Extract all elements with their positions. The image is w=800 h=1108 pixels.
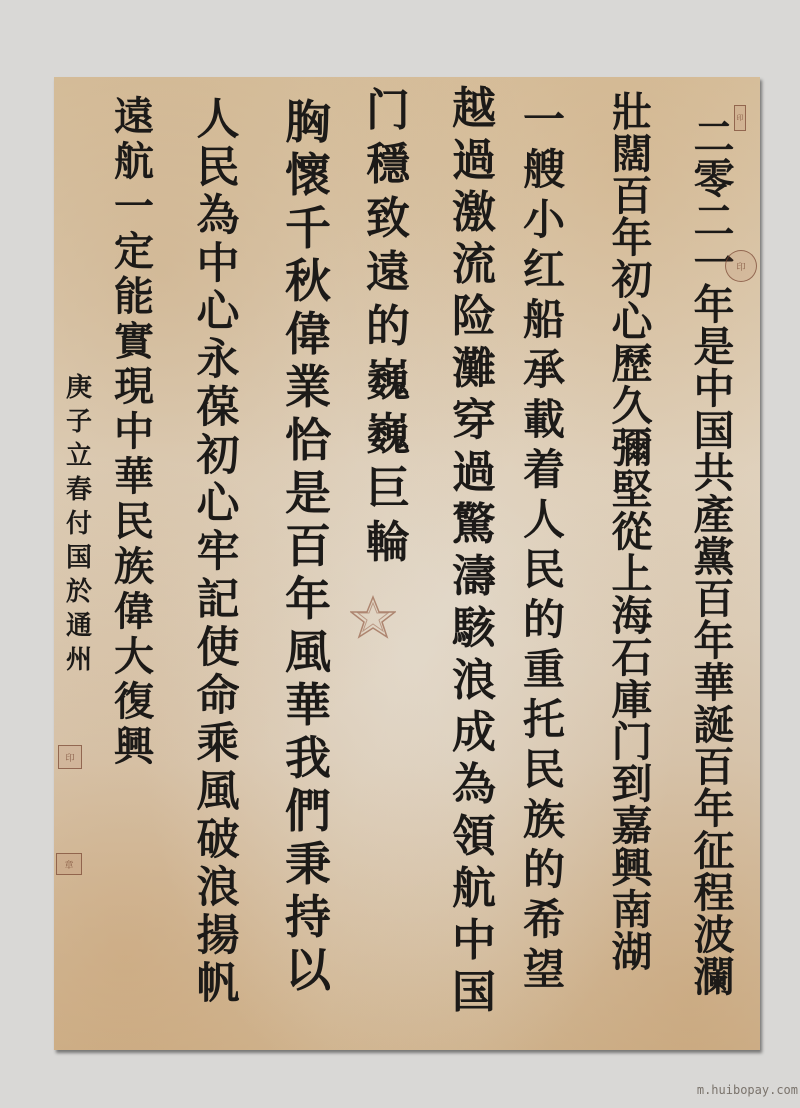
calligraphy-character: 门: [366, 89, 410, 133]
calligraphy-character: 久: [612, 386, 653, 427]
calligraphy-character: 乘: [197, 723, 240, 766]
calligraphy-character: 秋: [285, 258, 331, 304]
calligraphy-character: 業: [285, 364, 331, 410]
calligraphy-character: 是: [694, 327, 735, 368]
calligraphy-character: 成: [452, 711, 496, 755]
calligraphy-character: 中: [452, 919, 496, 963]
calligraphy-character: 艘: [523, 149, 565, 191]
calligraphy-character: 過: [452, 451, 496, 495]
calligraphy-character: 興: [114, 727, 154, 767]
calligraphy-character: 華: [285, 682, 331, 728]
calligraphy-character: 為: [197, 195, 240, 238]
calligraphy-character: 興: [612, 848, 653, 889]
calligraphy-column-2: 壯闊百年初心歷久彌堅從上海石庫门到嘉興南湖: [600, 92, 664, 974]
calligraphy-character: 航: [452, 867, 496, 911]
calligraphy-character: 恰: [285, 417, 331, 463]
calligraphy-character: 華: [114, 457, 154, 497]
seal-round-right: 印: [725, 250, 757, 282]
calligraphy-character: 湖: [612, 932, 653, 973]
calligraphy-character: 定: [114, 232, 154, 272]
seal-top-right: 印: [734, 105, 746, 131]
calligraphy-character: 一: [114, 187, 154, 227]
calligraphy-character: 庚: [66, 375, 92, 401]
calligraphy-character: 望: [523, 949, 565, 991]
calligraphy-character: 闊: [612, 134, 653, 175]
calligraphy-character: 百: [612, 176, 653, 217]
seal-signature-1: 印: [58, 745, 82, 769]
calligraphy-character: 零: [694, 159, 735, 200]
calligraphy-character: 船: [523, 299, 565, 341]
calligraphy-character: 春: [66, 477, 92, 503]
calligraphy-character: 巨: [366, 467, 410, 511]
calligraphy-character: 人: [197, 99, 240, 142]
calligraphy-character: 誕: [694, 705, 735, 746]
calligraphy-column-4: 越過激流险灘穿過驚濤駭浪成為領航中国: [442, 87, 506, 1023]
calligraphy-character: 輪: [366, 521, 410, 565]
calligraphy-character: 二: [694, 201, 735, 242]
signature-column: 庚子立春付国於通州: [54, 375, 104, 681]
calligraphy-character: 流: [452, 243, 496, 287]
calligraphy-character: 国: [452, 971, 496, 1015]
calligraphy-character: 民: [523, 549, 565, 591]
calligraphy-character: 中: [114, 412, 154, 452]
calligraphy-character: 波: [694, 915, 735, 956]
calligraphy-character: 国: [66, 545, 92, 571]
calligraphy-character: 命: [197, 675, 240, 718]
calligraphy-character: 的: [523, 599, 565, 641]
calligraphy-character: 從: [612, 512, 653, 553]
calligraphy-character: 托: [523, 699, 565, 741]
calligraphy-character: 驚: [452, 503, 496, 547]
calligraphy-character: 希: [523, 899, 565, 941]
calligraphy-column-3: 一艘小红船承載着人民的重托民族的希望: [512, 99, 576, 999]
calligraphy-character: 風: [197, 771, 240, 814]
calligraphy-character: 浪: [452, 659, 496, 703]
calligraphy-character: 灘: [452, 347, 496, 391]
calligraphy-character: 嘉: [612, 806, 653, 847]
calligraphy-character: 初: [197, 435, 240, 478]
calligraphy-character: 偉: [285, 311, 331, 357]
calligraphy-character: 產: [694, 495, 735, 536]
calligraphy-character: 領: [452, 815, 496, 859]
watermark-text: m.huibopay.com: [697, 1083, 798, 1097]
calligraphy-character: 華: [694, 663, 735, 704]
calligraphy-character: 重: [523, 649, 565, 691]
calligraphy-character: 年: [285, 576, 331, 622]
calligraphy-character: 中: [197, 243, 240, 286]
calligraphy-character: 国: [694, 411, 735, 452]
seal-signature-2: 章: [56, 853, 82, 875]
calligraphy-column-1: 二零二一年是中国共產黨百年華誕百年征程波瀾: [682, 117, 746, 999]
calligraphy-character: 民: [114, 502, 154, 542]
calligraphy-character: 航: [114, 142, 154, 182]
calligraphy-character: 到: [612, 764, 653, 805]
calligraphy-character: 懷: [285, 152, 331, 198]
calligraphy-column-7: 人民為中心永葆初心牢記使命乘風破浪揚帆: [186, 99, 250, 1011]
calligraphy-character: 上: [612, 554, 653, 595]
calligraphy-character: 駭: [452, 607, 496, 651]
calligraphy-character: 的: [523, 849, 565, 891]
calligraphy-character: 我: [285, 735, 331, 781]
calligraphy-character: 心: [197, 483, 240, 526]
calligraphy-character: 大: [114, 637, 154, 677]
calligraphy-character: 千: [285, 205, 331, 251]
calligraphy-character: 程: [694, 873, 735, 914]
calligraphy-character: 南: [612, 890, 653, 931]
calligraphy-character: 越: [452, 87, 496, 131]
calligraphy-character: 黨: [694, 537, 735, 578]
calligraphy-character: 年: [694, 285, 735, 326]
calligraphy-character: 巍: [366, 413, 410, 457]
calligraphy-character: 偉: [114, 592, 154, 632]
calligraphy-character: 浪: [197, 867, 240, 910]
calligraphy-character: 征: [694, 831, 735, 872]
calligraphy-character: 年: [694, 621, 735, 662]
calligraphy-character: 石: [612, 638, 653, 679]
calligraphy-character: 门: [612, 722, 653, 763]
calligraphy-character: 壯: [612, 92, 653, 133]
calligraphy-character: 初: [612, 260, 653, 301]
calligraphy-character: 二: [694, 117, 735, 158]
calligraphy-character: 的: [366, 305, 410, 349]
calligraphy-character: 是: [285, 470, 331, 516]
calligraphy-character: 胸: [285, 99, 331, 145]
calligraphy-character: 現: [114, 367, 154, 407]
calligraphy-character: 人: [523, 499, 565, 541]
calligraphy-character: 秉: [285, 841, 331, 887]
calligraphy-character: 以: [285, 947, 331, 993]
calligraphy-character: 百: [694, 747, 735, 788]
calligraphy-character: 使: [197, 627, 240, 670]
calligraphy-character: 帆: [197, 963, 240, 1006]
calligraphy-character: 承: [523, 349, 565, 391]
calligraphy-character: 子: [66, 409, 92, 435]
calligraphy-character: 着: [523, 449, 565, 491]
calligraphy-character: 激: [452, 191, 496, 235]
calligraphy-character: 红: [523, 249, 565, 291]
calligraphy-character: 险: [452, 295, 496, 339]
star-seal-icon: [350, 595, 396, 639]
calligraphy-character: 於: [66, 579, 92, 605]
calligraphy-column-6: 胸懷千秋偉業恰是百年風華我們秉持以: [276, 99, 340, 1000]
calligraphy-character: 穿: [452, 399, 496, 443]
calligraphy-character: 民: [523, 749, 565, 791]
calligraphy-character: 能: [114, 277, 154, 317]
calligraphy-character: 立: [66, 443, 92, 469]
calligraphy-character: 共: [694, 453, 735, 494]
calligraphy-character: 穩: [366, 143, 410, 187]
calligraphy-character: 為: [452, 763, 496, 807]
calligraphy-character: 葆: [197, 387, 240, 430]
calligraphy-character: 歷: [612, 344, 653, 385]
calligraphy-character: 海: [612, 596, 653, 637]
calligraphy-column-5: 门穩致遠的巍巍巨輪: [356, 89, 420, 575]
calligraphy-character: 們: [285, 788, 331, 834]
calligraphy-character: 揚: [197, 915, 240, 958]
calligraphy-character: 庫: [612, 680, 653, 721]
calligraphy-paper: 二零二一年是中国共產黨百年華誕百年征程波瀾 壯闊百年初心歷久彌堅從上海石庫门到嘉…: [54, 77, 760, 1050]
calligraphy-character: 記: [197, 579, 240, 622]
calligraphy-character: 小: [523, 199, 565, 241]
calligraphy-character: 年: [612, 218, 653, 259]
calligraphy-character: 過: [452, 139, 496, 183]
calligraphy-character: 心: [197, 291, 240, 334]
calligraphy-character: 堅: [612, 470, 653, 511]
calligraphy-column-8: 遠航一定能實現中華民族偉大復興: [102, 97, 166, 772]
calligraphy-character: 致: [366, 197, 410, 241]
calligraphy-character: 載: [523, 399, 565, 441]
calligraphy-character: 牢: [197, 531, 240, 574]
calligraphy-character: 中: [694, 369, 735, 410]
calligraphy-character: 付: [66, 511, 92, 537]
calligraphy-character: 心: [612, 302, 653, 343]
calligraphy-character: 族: [523, 799, 565, 841]
calligraphy-character: 永: [197, 339, 240, 382]
calligraphy-character: 遠: [366, 251, 410, 295]
calligraphy-character: 族: [114, 547, 154, 587]
calligraphy-character: 濤: [452, 555, 496, 599]
calligraphy-character: 年: [694, 789, 735, 830]
calligraphy-character: 遠: [114, 97, 154, 137]
calligraphy-character: 破: [197, 819, 240, 862]
calligraphy-character: 百: [285, 523, 331, 569]
calligraphy-character: 瀾: [694, 957, 735, 998]
calligraphy-character: 實: [114, 322, 154, 362]
calligraphy-character: 州: [66, 647, 92, 673]
calligraphy-character: 百: [694, 579, 735, 620]
calligraphy-character: 民: [197, 147, 240, 190]
calligraphy-character: 風: [285, 629, 331, 675]
calligraphy-character: 巍: [366, 359, 410, 403]
calligraphy-character: 復: [114, 682, 154, 722]
calligraphy-character: 持: [285, 894, 331, 940]
calligraphy-character: 通: [66, 613, 92, 639]
calligraphy-character: 彌: [612, 428, 653, 469]
calligraphy-character: 一: [523, 99, 565, 141]
